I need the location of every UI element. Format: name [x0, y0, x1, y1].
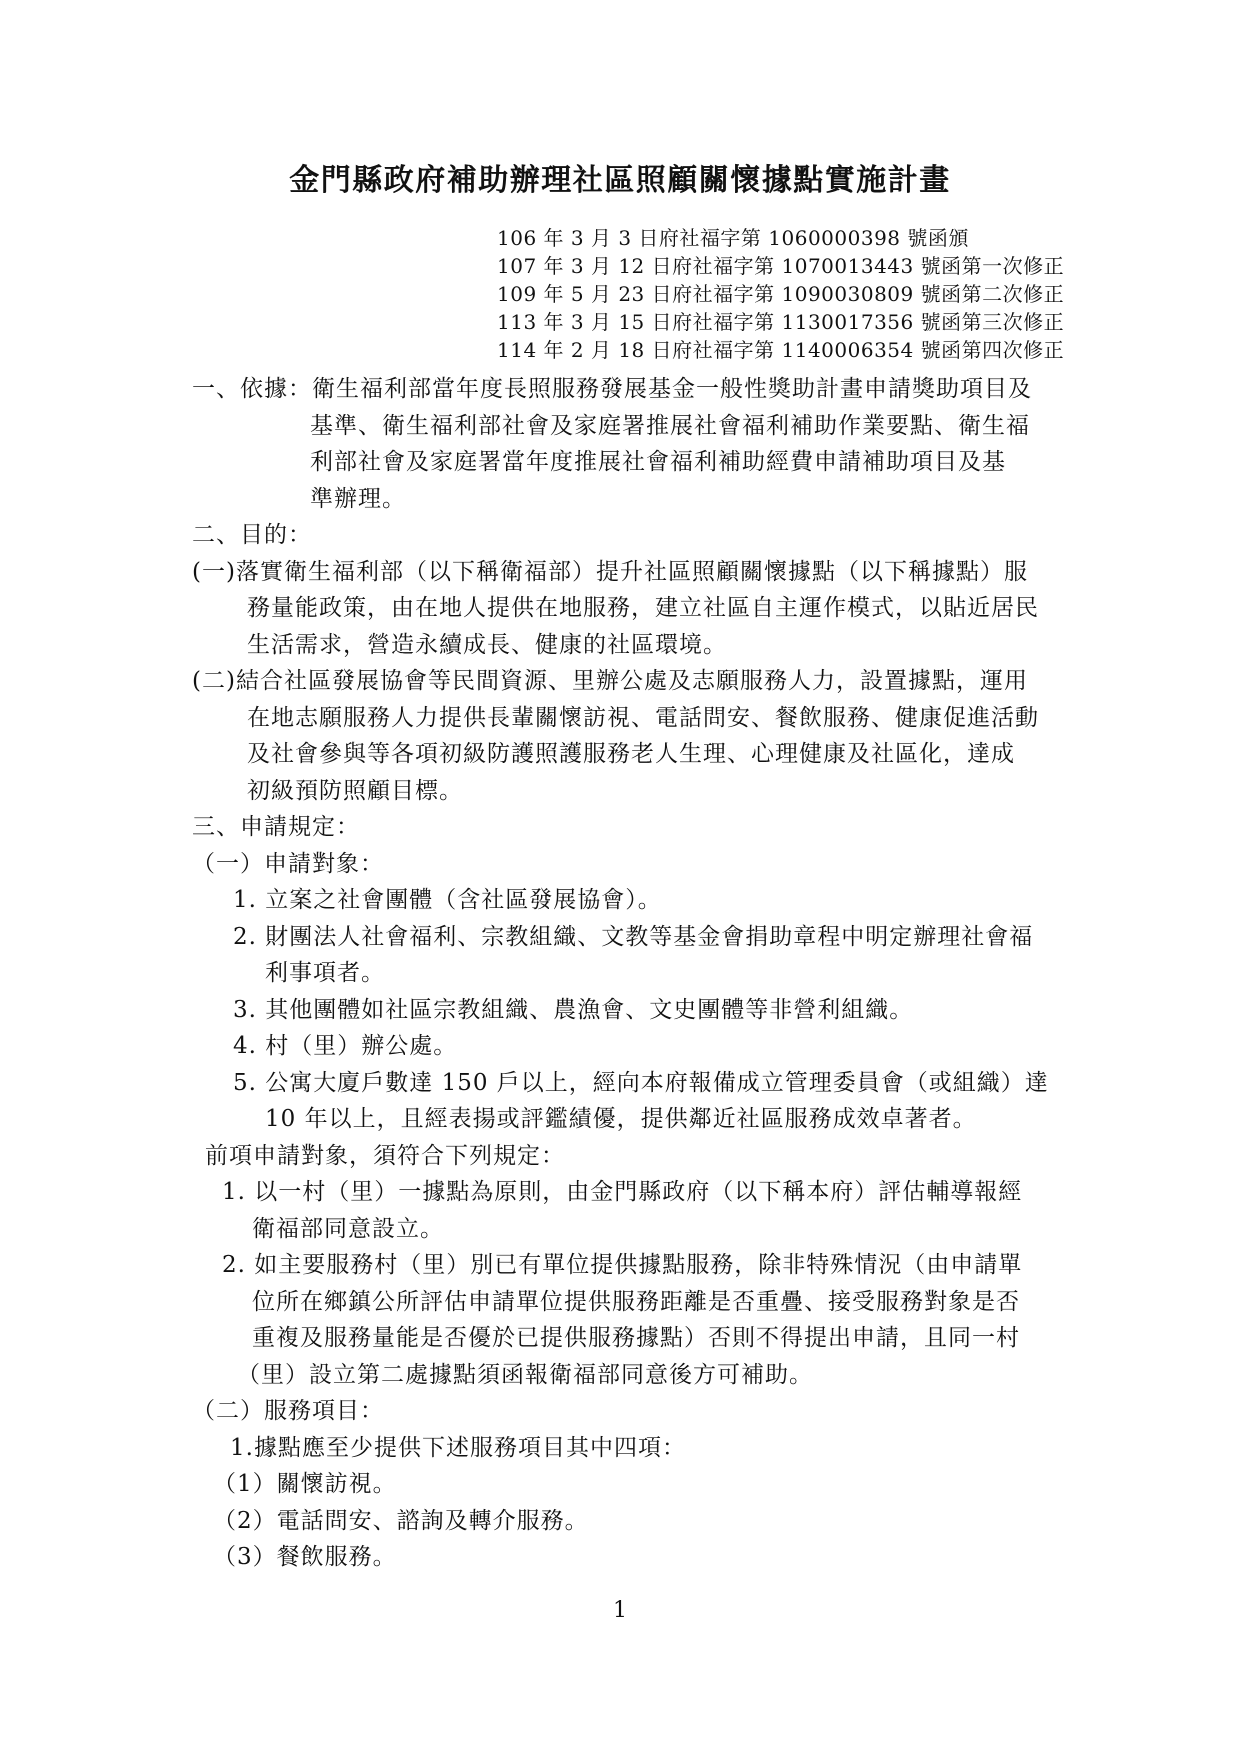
body-line-list-item: 3. 其他團體如社區宗教組織、農漁會、文史團體等非營利組織。 [0, 992, 1240, 1029]
body-line: 前項申請對象，須符合下列規定： [0, 1138, 1240, 1175]
body-line: 在地志願服務人力提供長輩關懷訪視、電話問安、餐飲服務、健康促進活動 [0, 700, 1240, 737]
body-line-section-basis: 一、依據：衛生福利部當年度長照服務發展基金一般性獎助計畫申請獎助項目及 [0, 371, 1240, 408]
body-line: 重複及服務量能是否優於已提供服務據點）否則不得提出申請，且同一村 [0, 1320, 1240, 1357]
revision-line: 113 年 3 月 15 日府社福字第 1130017356 號函第三次修正 [497, 308, 1064, 336]
body-line-list-item: （2）電話問安、諮詢及轉介服務。 [0, 1503, 1240, 1540]
body-line-list-item: 1. 立案之社會團體（含社區發展協會）。 [0, 882, 1240, 919]
document-body: 一、依據：衛生福利部當年度長照服務發展基金一般性獎助計畫申請獎助項目及 基準、衛… [0, 371, 1240, 1576]
body-line-section-services: （二）服務項目： [0, 1393, 1240, 1430]
body-line: 初級預防照顧目標。 [0, 773, 1240, 810]
body-line: （里）設立第二處據點須函報衛福部同意後方可補助。 [0, 1357, 1240, 1394]
body-line: 位所在鄉鎮公所評估申請單位提供服務距離是否重疊、接受服務對象是否 [0, 1284, 1240, 1321]
document-page: 金門縣政府補助辦理社區照顧關懷據點實施計畫 106 年 3 月 3 日府社福字第… [0, 0, 1240, 1754]
revision-line: 107 年 3 月 12 日府社福字第 1070013443 號函第一次修正 [497, 252, 1064, 280]
page-number: 1 [0, 1598, 1240, 1623]
body-line: 10 年以上，且經表揚或評鑑績優，提供鄰近社區服務成效卓著者。 [0, 1101, 1240, 1138]
body-line: 衛福部同意設立。 [0, 1211, 1240, 1248]
body-line: 利事項者。 [0, 955, 1240, 992]
body-line-section-purpose: 二、目的： [0, 517, 1240, 554]
body-line: 生活需求，營造永續成長、健康的社區環境。 [0, 627, 1240, 664]
body-line: （一）申請對象： [0, 846, 1240, 883]
body-line: 及社會參與等各項初級防護照護服務老人生理、心理健康及社區化，達成 [0, 736, 1240, 773]
body-line: 利部社會及家庭署當年度推展社會福利補助經費申請補助項目及基 [0, 444, 1240, 481]
body-line: 務量能政策，由在地人提供在地服務，建立社區自主運作模式，以貼近居民 [0, 590, 1240, 627]
body-line-list-item: 5. 公寓大廈戶數達 150 戶以上，經向本府報備成立管理委員會（或組織）達 [0, 1065, 1240, 1102]
body-line-list-item: 2. 財團法人社會福利、宗教組織、文教等基金會捐助章程中明定辦理社會福 [0, 919, 1240, 956]
body-line-list-item: 1. 以一村（里）一據點為原則，由金門縣政府（以下稱本府）評估輔導報經 [0, 1174, 1240, 1211]
revision-line: 109 年 5 月 23 日府社福字第 1090030809 號函第二次修正 [497, 280, 1064, 308]
document-title: 金門縣政府補助辦理社區照顧關懷據點實施計畫 [0, 160, 1240, 202]
body-line: 基準、衛生福利部社會及家庭署推展社會福利補助作業要點、衛生福 [0, 408, 1240, 445]
body-line-list-item: 2. 如主要服務村（里）別已有單位提供據點服務，除非特殊情況（由申請單 [0, 1247, 1240, 1284]
body-line-list-item: 4. 村（里）辦公處。 [0, 1028, 1240, 1065]
body-line: 準辦理。 [0, 481, 1240, 518]
revision-history-block: 106 年 3 月 3 日府社福字第 1060000398 號函頒 107 年 … [497, 224, 1064, 364]
body-line-list-item: 1.據點應至少提供下述服務項目其中四項： [0, 1430, 1240, 1467]
body-line-list-item: （1）關懷訪視。 [0, 1466, 1240, 1503]
body-line-list-item: （3）餐飲服務。 [0, 1539, 1240, 1576]
body-line-section-application: 三、申請規定： [0, 809, 1240, 846]
revision-line: 114 年 2 月 18 日府社福字第 1140006354 號函第四次修正 [497, 336, 1064, 364]
revision-line: 106 年 3 月 3 日府社福字第 1060000398 號函頒 [497, 224, 1064, 252]
body-line: (二)結合社區發展協會等民間資源、里辦公處及志願服務人力，設置據點，運用 [0, 663, 1240, 700]
body-line: (一)落實衛生福利部（以下稱衛福部）提升社區照顧關懷據點（以下稱據點）服 [0, 554, 1240, 591]
